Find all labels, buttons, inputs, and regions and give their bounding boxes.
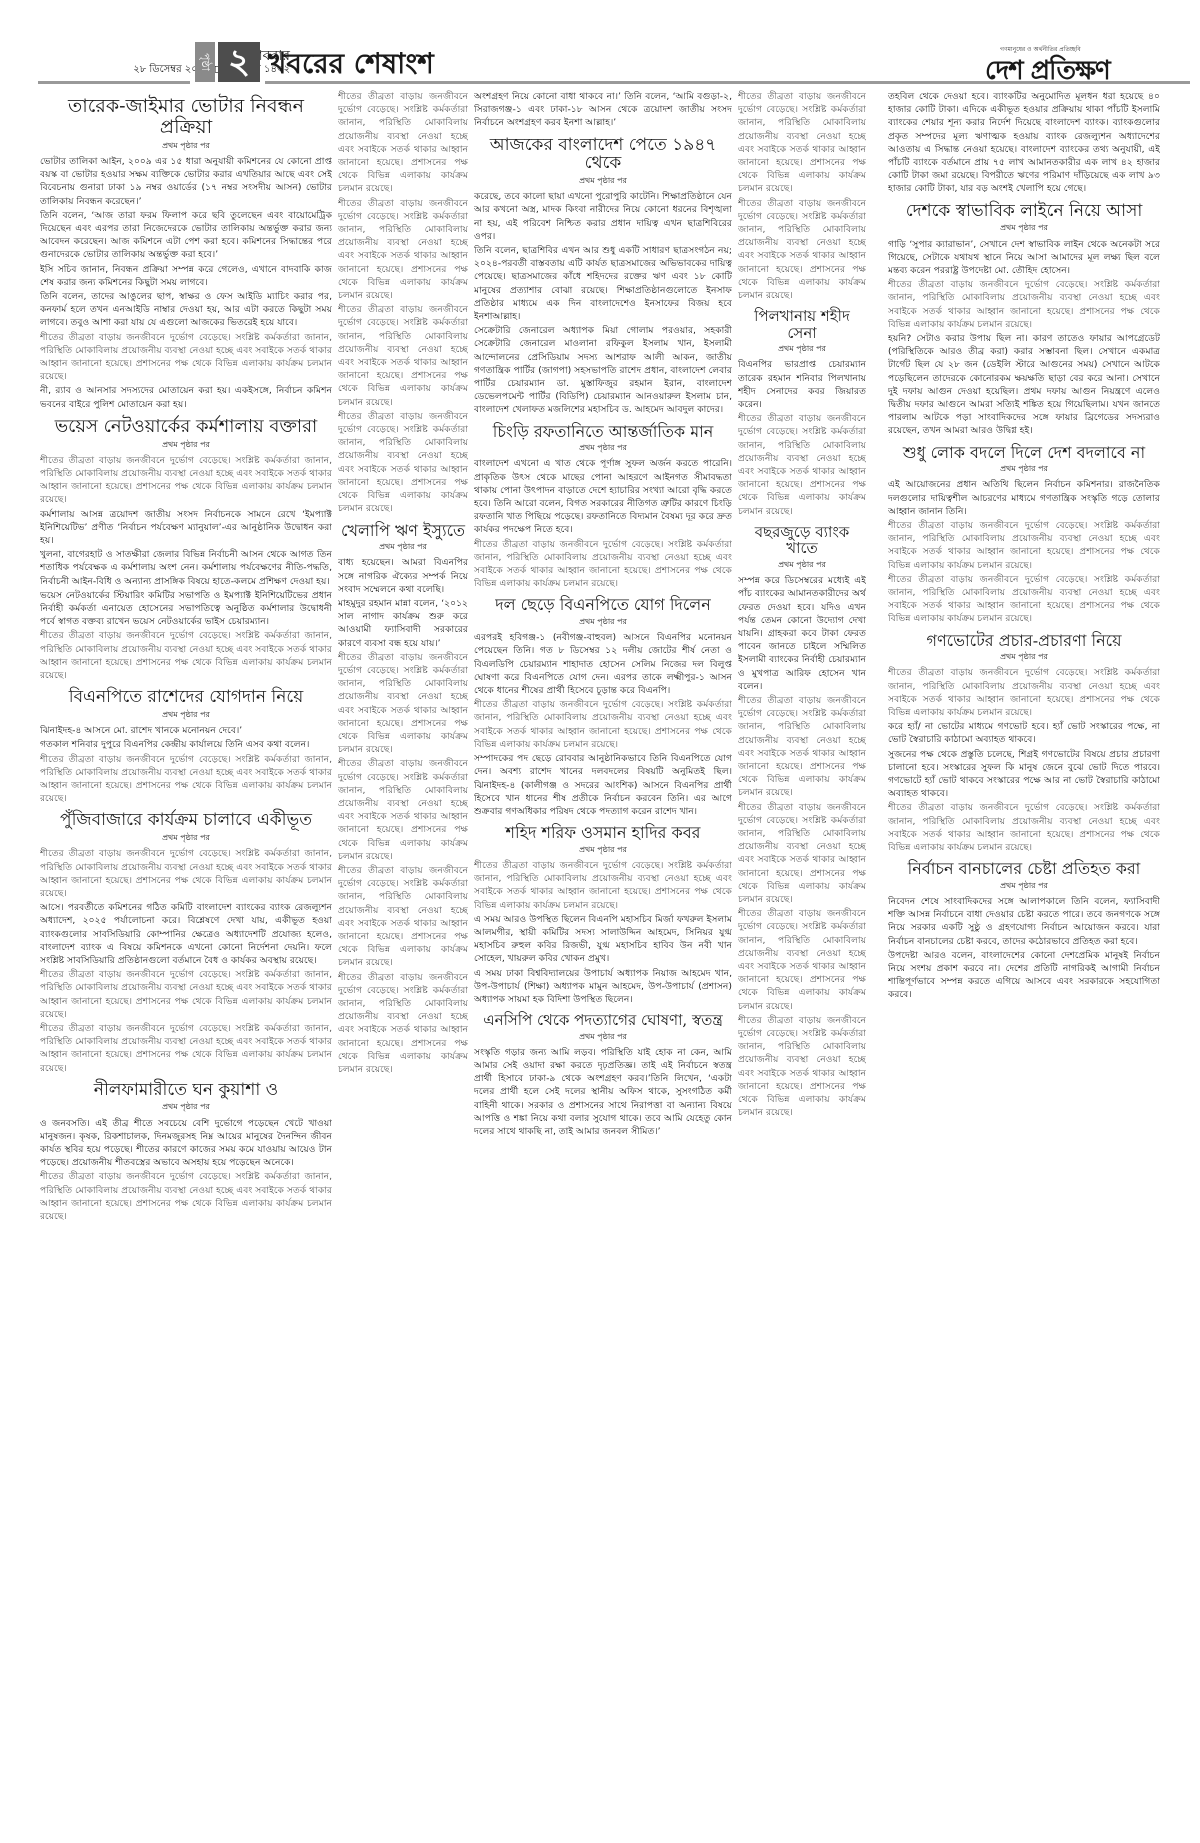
continued-label: প্রথম পৃষ্ঠার পর bbox=[738, 558, 866, 571]
paragraph: বিএনপির ভারপ্রাপ্ত চেয়ারম্যান তারেক রহম… bbox=[738, 358, 866, 411]
newspaper-logo: দেশ প্রতিক্ষণ bbox=[985, 50, 1110, 94]
story-people-change: শুধু লোক বদলে দিলে দেশ বদলাবে না প্রথম প… bbox=[888, 444, 1160, 626]
continued-label: প্রথম পৃষ্ঠার পর bbox=[888, 650, 1160, 663]
paragraph: ভয়েস নেটওয়ার্কের স্টিয়ারিং কমিটির সভা… bbox=[40, 589, 332, 629]
paragraph: কর্মশালায় আসন্ন ত্রয়োদশ জাতীয় সংসদ নি… bbox=[40, 508, 332, 548]
paragraph: অংশগ্রহণ নিয়ে কোনো বাধা থাকবে না।’ তিনি… bbox=[474, 90, 732, 130]
column-1: তারেক-জাইমার ভোটার নিবন্ধন প্রক্রিয়া প্… bbox=[40, 90, 332, 1835]
headline: আজকের বাংলাদেশ পেতে ১৯৪৭ থেকে bbox=[474, 136, 732, 173]
paragraph: শীতের তীব্রতা বাড়ায় জনজীবনে দুর্ভোগ বে… bbox=[738, 197, 866, 303]
paragraph: তিনি বলেন, তাদের আঙুলের ছাপ, স্বাক্ষর ও … bbox=[40, 290, 332, 330]
column-3: অংশগ্রহণ নিয়ে কোনো বাধা থাকবে না।’ তিনি… bbox=[474, 90, 732, 1835]
continued-label: প্রথম পৃষ্ঠার পর bbox=[738, 342, 866, 355]
paragraph: শীতের তীব্রতা বাড়ায় জনজীবনে দুর্ভোগ বে… bbox=[474, 698, 732, 751]
paragraph: শীতের তীব্রতা বাড়ায় জনজীবনে দুর্ভোগ বে… bbox=[338, 90, 468, 196]
paragraph: সেক্রেটারি জেনারেল অধ্যাপক মিয়া গোলাম প… bbox=[474, 324, 732, 416]
paragraph: ও জনবসতি। এই তীব্র শীতে সবচেয়ে বেশি দুর… bbox=[40, 1117, 332, 1170]
headline: চিংড়ি রফতানিতে আন্তর্জাতিক মান bbox=[474, 423, 732, 441]
paragraph: শীতের তীব্রতা বাড়ায় জনজীবনে দুর্ভোগ বে… bbox=[40, 1170, 332, 1223]
paragraph: আসে। পরবর্তীতে কমিশনের গঠিত কমিটি বাংলাদ… bbox=[40, 901, 332, 967]
headline: দেশকে স্বাভাবিক লাইনে নিয়ে আসা bbox=[888, 202, 1160, 221]
headline: শুধু লোক বদলে দিলে দেশ বদলাবে না bbox=[888, 444, 1160, 462]
story-shrimp-export: চিংড়ি রফতানিতে আন্তর্জাতিক মান প্রথম পৃ… bbox=[474, 423, 732, 591]
paragraph: ঝিনাইদহ-৪ আসনে মো. রাশেদ খানকে মনোনয়ন দ… bbox=[40, 724, 332, 737]
story-voice-network: ভয়েস নেটওয়ার্কের কর্মশালায় বক্তারা প্… bbox=[40, 417, 332, 682]
paragraph: শীতের তীব্রতা বাড়ায় জনজীবনে দুর্ভোগ বে… bbox=[338, 651, 468, 757]
paragraph: সংস্কৃতি গড়ার জন্য আমি লড়ব। পরিস্থিতি … bbox=[474, 1046, 732, 1138]
headline: বছরজুড়ে ব্যাংক খাতে bbox=[738, 524, 866, 557]
paragraph: শীতের তীব্রতা বাড়ায় জনজীবনে দুর্ভোগ বে… bbox=[40, 847, 332, 900]
column-4: শীতের তীব্রতা বাড়ায় জনজীবনে দুর্ভোগ বে… bbox=[738, 90, 866, 1835]
paragraph: মাহমুদুর রহমান মান্না বলেন, ‘২০১২ সাল না… bbox=[338, 597, 468, 650]
continued-label: প্রথম পৃষ্ঠার পর bbox=[40, 708, 332, 721]
paragraph: শীতের তীব্রতা বাড়ায় জনজীবনে দুর্ভোগ বে… bbox=[888, 801, 1160, 854]
headline: খেলাপি ঋণ ইস্যুতে bbox=[338, 522, 468, 540]
masthead-rule-left bbox=[38, 81, 190, 84]
story-election-sabotage: নির্বাচন বানচালের চেষ্টা প্রতিহত করা প্র… bbox=[888, 860, 1160, 1001]
paragraph: বাধ্য হয়েছেন। আমরা বিএনপির সঙ্গে নাগরিক… bbox=[338, 556, 468, 596]
paragraph: শীতের তীব্রতা বাড়ায় জনজীবনে দুর্ভোগ বে… bbox=[738, 694, 866, 800]
paragraph: তিনি বলেন, ছাত্রশিবির এখন আর শুধু একটি স… bbox=[474, 244, 732, 323]
paragraph: ইসি সচিব জানান, নিবন্ধন প্রক্রিয়া সম্পন… bbox=[40, 263, 332, 289]
continued-label: প্রথম পৃষ্ঠার পর bbox=[474, 1030, 732, 1043]
continued-label: প্রথম পৃষ্ঠার পর bbox=[40, 831, 332, 844]
paragraph: শীতের তীব্রতা বাড়ায় জনজীবনে দুর্ভোগ বে… bbox=[474, 538, 732, 591]
headline: দল ছেড়ে বিএনপিতে যোগ দিলেন bbox=[474, 596, 732, 614]
paragraph: শীতের তীব্রতা বাড়ায় জনজীবনে দুর্ভোগ বে… bbox=[338, 410, 468, 516]
story-ncp-resignation: এনসিপি থেকে পদত্যাগের ঘোষণা, স্বতন্ত্র প… bbox=[474, 1012, 732, 1138]
paragraph: শীতের তীব্রতা বাড়ায় জনজীবনে দুর্ভোগ বে… bbox=[40, 753, 332, 806]
story-nilphamari-fog: নীলফামারীতে ঘন কুয়াশা ও প্রথম পৃষ্ঠার প… bbox=[40, 1081, 332, 1224]
paragraph: এই আয়োজনের প্রধান অতিথি ছিলেন নির্বাচন … bbox=[888, 478, 1160, 518]
paragraph: খুলনা, বাগেরহাট ও সাতক্ষীরা জেলার বিভিন্… bbox=[40, 548, 332, 588]
column-2: শীতের তীব্রতা বাড়ায় জনজীবনে দুর্ভোগ বে… bbox=[338, 90, 468, 1835]
paragraph: ভোটার তালিকা আইন, ২০০৯ এর ১৫ ধারা অনুযায… bbox=[40, 155, 332, 208]
continued-label: প্রথম পৃষ্ঠার পর bbox=[474, 615, 732, 628]
paragraph: শীতের তীব্রতা বাড়ায় জনজীবনে দুর্ভোগ বে… bbox=[40, 968, 332, 1021]
continued-label: প্রথম পৃষ্ঠার পর bbox=[888, 462, 1160, 475]
continued-label: প্রথম পৃষ্ঠার পর bbox=[474, 441, 732, 454]
paragraph: শীতের তীব্রতা বাড়ায় জনজীবনে দুর্ভোগ বে… bbox=[738, 801, 866, 907]
story-rashed-bnp: বিএনপিতে রাশেদের যোগদান নিয়ে প্রথম পৃষ্… bbox=[40, 688, 332, 805]
headline: নীলফামারীতে ঘন কুয়াশা ও bbox=[40, 1081, 332, 1100]
paragraph: শীতের তীব্রতা বাড়ায় জনজীবনে দুর্ভোগ বে… bbox=[474, 859, 732, 912]
paragraph: শীতের তীব্রতা বাড়ায় জনজীবনে দুর্ভোগ বে… bbox=[338, 757, 468, 863]
paragraph: শীতের তীব্রতা বাড়ায় জনজীবনে দুর্ভোগ বে… bbox=[40, 454, 332, 507]
paragraph: শীতের তীব্রতা বাড়ায় জনজীবনে দুর্ভোগ বে… bbox=[738, 1014, 866, 1120]
paragraph: এ সময় আরও উপস্থিত ছিলেন বিএনপি মহাসচিব … bbox=[474, 913, 732, 966]
masthead-rule-right bbox=[265, 81, 1190, 84]
paragraph: শীতের তীব্রতা বাড়ায় জনজীবনে দুর্ভোগ বে… bbox=[738, 90, 866, 196]
paragraph: গাড়ি ‘সুপার ক্যারাভান’, সেখানে দেশ স্বা… bbox=[888, 238, 1160, 278]
continued-label: প্রথম পৃষ্ঠার পর bbox=[474, 174, 732, 187]
paragraph: শীতের তীব্রতা বাড়ায় জনজীবনে দুর্ভোগ বে… bbox=[40, 331, 332, 384]
story-pilkhana: পিলখানায় শহীদ সেনা প্রথম পৃষ্ঠার পর বিএ… bbox=[738, 308, 866, 518]
headline: এনসিপি থেকে পদত্যাগের ঘোষণা, স্বতন্ত্র bbox=[474, 1012, 732, 1029]
paragraph: এ সময় ঢাকা বিশ্ববিদ্যালয়ের উপাচার্য অধ… bbox=[474, 967, 732, 1007]
continued-label: প্রথম পৃষ্ঠার পর bbox=[888, 221, 1160, 234]
paragraph: করে হ্যাঁ/ না ভোটের মাধ্যমে গণভোট হবে। হ… bbox=[888, 720, 1160, 746]
story-normal-line: দেশকে স্বাভাবিক লাইনে নিয়ে আসা প্রথম পৃ… bbox=[888, 202, 1160, 438]
paragraph: শীতের তীব্রতা বাড়ায় জনজীবনে দুর্ভোগ বে… bbox=[738, 907, 866, 1013]
continued-label: প্রথম পৃষ্ঠার পর bbox=[40, 1100, 332, 1113]
story-capital-market: পুঁজিবাজারে কার্যক্রম চালাবে একীভূত প্রথ… bbox=[40, 811, 332, 1074]
paragraph: নী, র‍্যাব ও আনসার সদস্যদের মোতায়েন করা… bbox=[40, 384, 332, 410]
story-referendum-campaign: গণভোটের প্রচার-প্রচারণা নিয়ে প্রথম পৃষ্… bbox=[888, 632, 1160, 855]
page-label: পৃষ্ঠা bbox=[195, 42, 215, 82]
paragraph: তিনি বলেন, ‘আজ তারা ফরম ফিলাপ করে ছবি তু… bbox=[40, 209, 332, 262]
continued-label: প্রথম পৃষ্ঠার পর bbox=[474, 843, 732, 856]
paragraph: সম্পন্ন করে ডিসেম্বরের মধ্যেই এই পাঁচ ব্… bbox=[738, 574, 866, 693]
paragraph: করেছে, তবে কালো ছায়া এখনো পুরোপুরি কাটে… bbox=[474, 190, 732, 243]
paragraph: শীতের তীব্রতা বাড়ায় জনজীবনে দুর্ভোগ বে… bbox=[888, 666, 1160, 719]
paragraph: শীতের তীব্রতা বাড়ায় জনজীবনে দুর্ভোগ বে… bbox=[338, 971, 468, 1077]
page-number: ২ bbox=[218, 42, 260, 82]
headline: পিলখানায় শহীদ সেনা bbox=[738, 308, 866, 341]
paragraph: শীতের তীব্রতা বাড়ায় জনজীবনে দুর্ভোগ বে… bbox=[888, 573, 1160, 626]
continued-label: প্রথম পৃষ্ঠার পর bbox=[40, 139, 332, 152]
headline: নির্বাচন বানচালের চেষ্টা প্রতিহত করা bbox=[888, 860, 1160, 878]
continued-label: প্রথম পৃষ্ঠার পর bbox=[338, 540, 468, 553]
headline: শহিদ শরিফ ওসমান হাদির কবর bbox=[474, 824, 732, 842]
story-bank-sector: বছরজুড়ে ব্যাংক খাতে প্রথম পৃষ্ঠার পর সম… bbox=[738, 524, 866, 1120]
story-leaving-party: দল ছেড়ে বিএনপিতে যোগ দিলেন প্রথম পৃষ্ঠা… bbox=[474, 596, 732, 818]
paragraph: শীতের তীব্রতা বাড়ায় জনজীবনে দুর্ভোগ বে… bbox=[888, 519, 1160, 572]
paragraph: শীতের তীব্রতা বাড়ায় জনজীবনে দুর্ভোগ বে… bbox=[888, 278, 1160, 331]
headline: বিএনপিতে রাশেদের যোগদান নিয়ে bbox=[40, 688, 332, 707]
headline: গণভোটের প্রচার-প্রচারণা নিয়ে bbox=[888, 632, 1160, 650]
paragraph: বাংলাদেশ এখনো এ খাত থেকে পূর্ণাঙ্গ সুফল … bbox=[474, 457, 732, 536]
paragraph: উপদেষ্টা আরও বলেন, বাংলাদেশের কোনো দেশপ্… bbox=[888, 949, 1160, 1002]
paragraph: সুজনের পক্ষ থেকে প্রস্তুতি চলেছে, শিগ্রই… bbox=[888, 748, 1160, 801]
continued-label: প্রথম পৃষ্ঠার পর bbox=[888, 879, 1160, 892]
paragraph: শীতের তীব্রতা বাড়ায় জনজীবনে দুর্ভোগ বে… bbox=[40, 1022, 332, 1075]
paragraph: তহবিল থেকে দেওয়া হবে। ব্যাংকটির অনুমোদি… bbox=[888, 90, 1160, 196]
story-defaulted-loans: খেলাপি ঋণ ইস্যুতে প্রথম পৃষ্ঠার পর বাধ্য… bbox=[338, 522, 468, 1077]
paragraph: শীতের তীব্রতা বাড়ায় জনজীবনে দুর্ভোগ বে… bbox=[738, 412, 866, 518]
paragraph: শীতের তীব্রতা বাড়ায় জনজীবনে দুর্ভোগ বে… bbox=[338, 864, 468, 970]
column-5: তহবিল থেকে দেওয়া হবে। ব্যাংকটির অনুমোদি… bbox=[888, 90, 1160, 1835]
paragraph: শীতের তীব্রতা বাড়ায় জনজীবনে দুর্ভোগ বে… bbox=[338, 303, 468, 409]
paragraph: সম্পাদকের পদ ছেড়ে রোববার আনুষ্ঠানিকভাবে… bbox=[474, 752, 732, 818]
story-osman-hadi-grave: শহিদ শরিফ ওসমান হাদির কবর প্রথম পৃষ্ঠার … bbox=[474, 824, 732, 1006]
masthead: রোববার ২৮ ডিসেম্বর ২০২৫ ◻ ১৩ পৌষ ১৪৩২ পৃ… bbox=[0, 0, 1200, 82]
paragraph: হয়নি? সেটাও করার উপায় ছিল না। কারণ তাত… bbox=[888, 332, 1160, 438]
headline: পুঁজিবাজারে কার্যক্রম চালাবে একীভূত bbox=[40, 811, 332, 830]
headline: তারেক-জাইমার ভোটার নিবন্ধন প্রক্রিয়া bbox=[40, 96, 332, 138]
paragraph: এরপরই হবিগঞ্জ-১ (নবীগঞ্জ-বাহুবল) আসনে বি… bbox=[474, 631, 732, 697]
paragraph: নিবেদন শেষে সাংবাদিকদের সঙ্গে আলাপকালে ত… bbox=[888, 895, 1160, 948]
paragraph: শীতের তীব্রতা বাড়ায় জনজীবনে দুর্ভোগ বে… bbox=[40, 629, 332, 682]
continued-label: প্রথম পৃষ্ঠার পর bbox=[40, 438, 332, 451]
headline: ভয়েস নেটওয়ার্কের কর্মশালায় বক্তারা bbox=[40, 417, 332, 437]
story-tarek-zaima: তারেক-জাইমার ভোটার নিবন্ধন প্রক্রিয়া প্… bbox=[40, 96, 332, 411]
paragraph: শীতের তীব্রতা বাড়ায় জনজীবনে দুর্ভোগ বে… bbox=[338, 197, 468, 303]
paragraph: গতকাল শনিবার দুপুরে বিএনপির কেন্দ্রীয় ক… bbox=[40, 738, 332, 751]
story-bangladesh-1947: আজকের বাংলাদেশ পেতে ১৯৪৭ থেকে প্রথম পৃষ্… bbox=[474, 136, 732, 417]
